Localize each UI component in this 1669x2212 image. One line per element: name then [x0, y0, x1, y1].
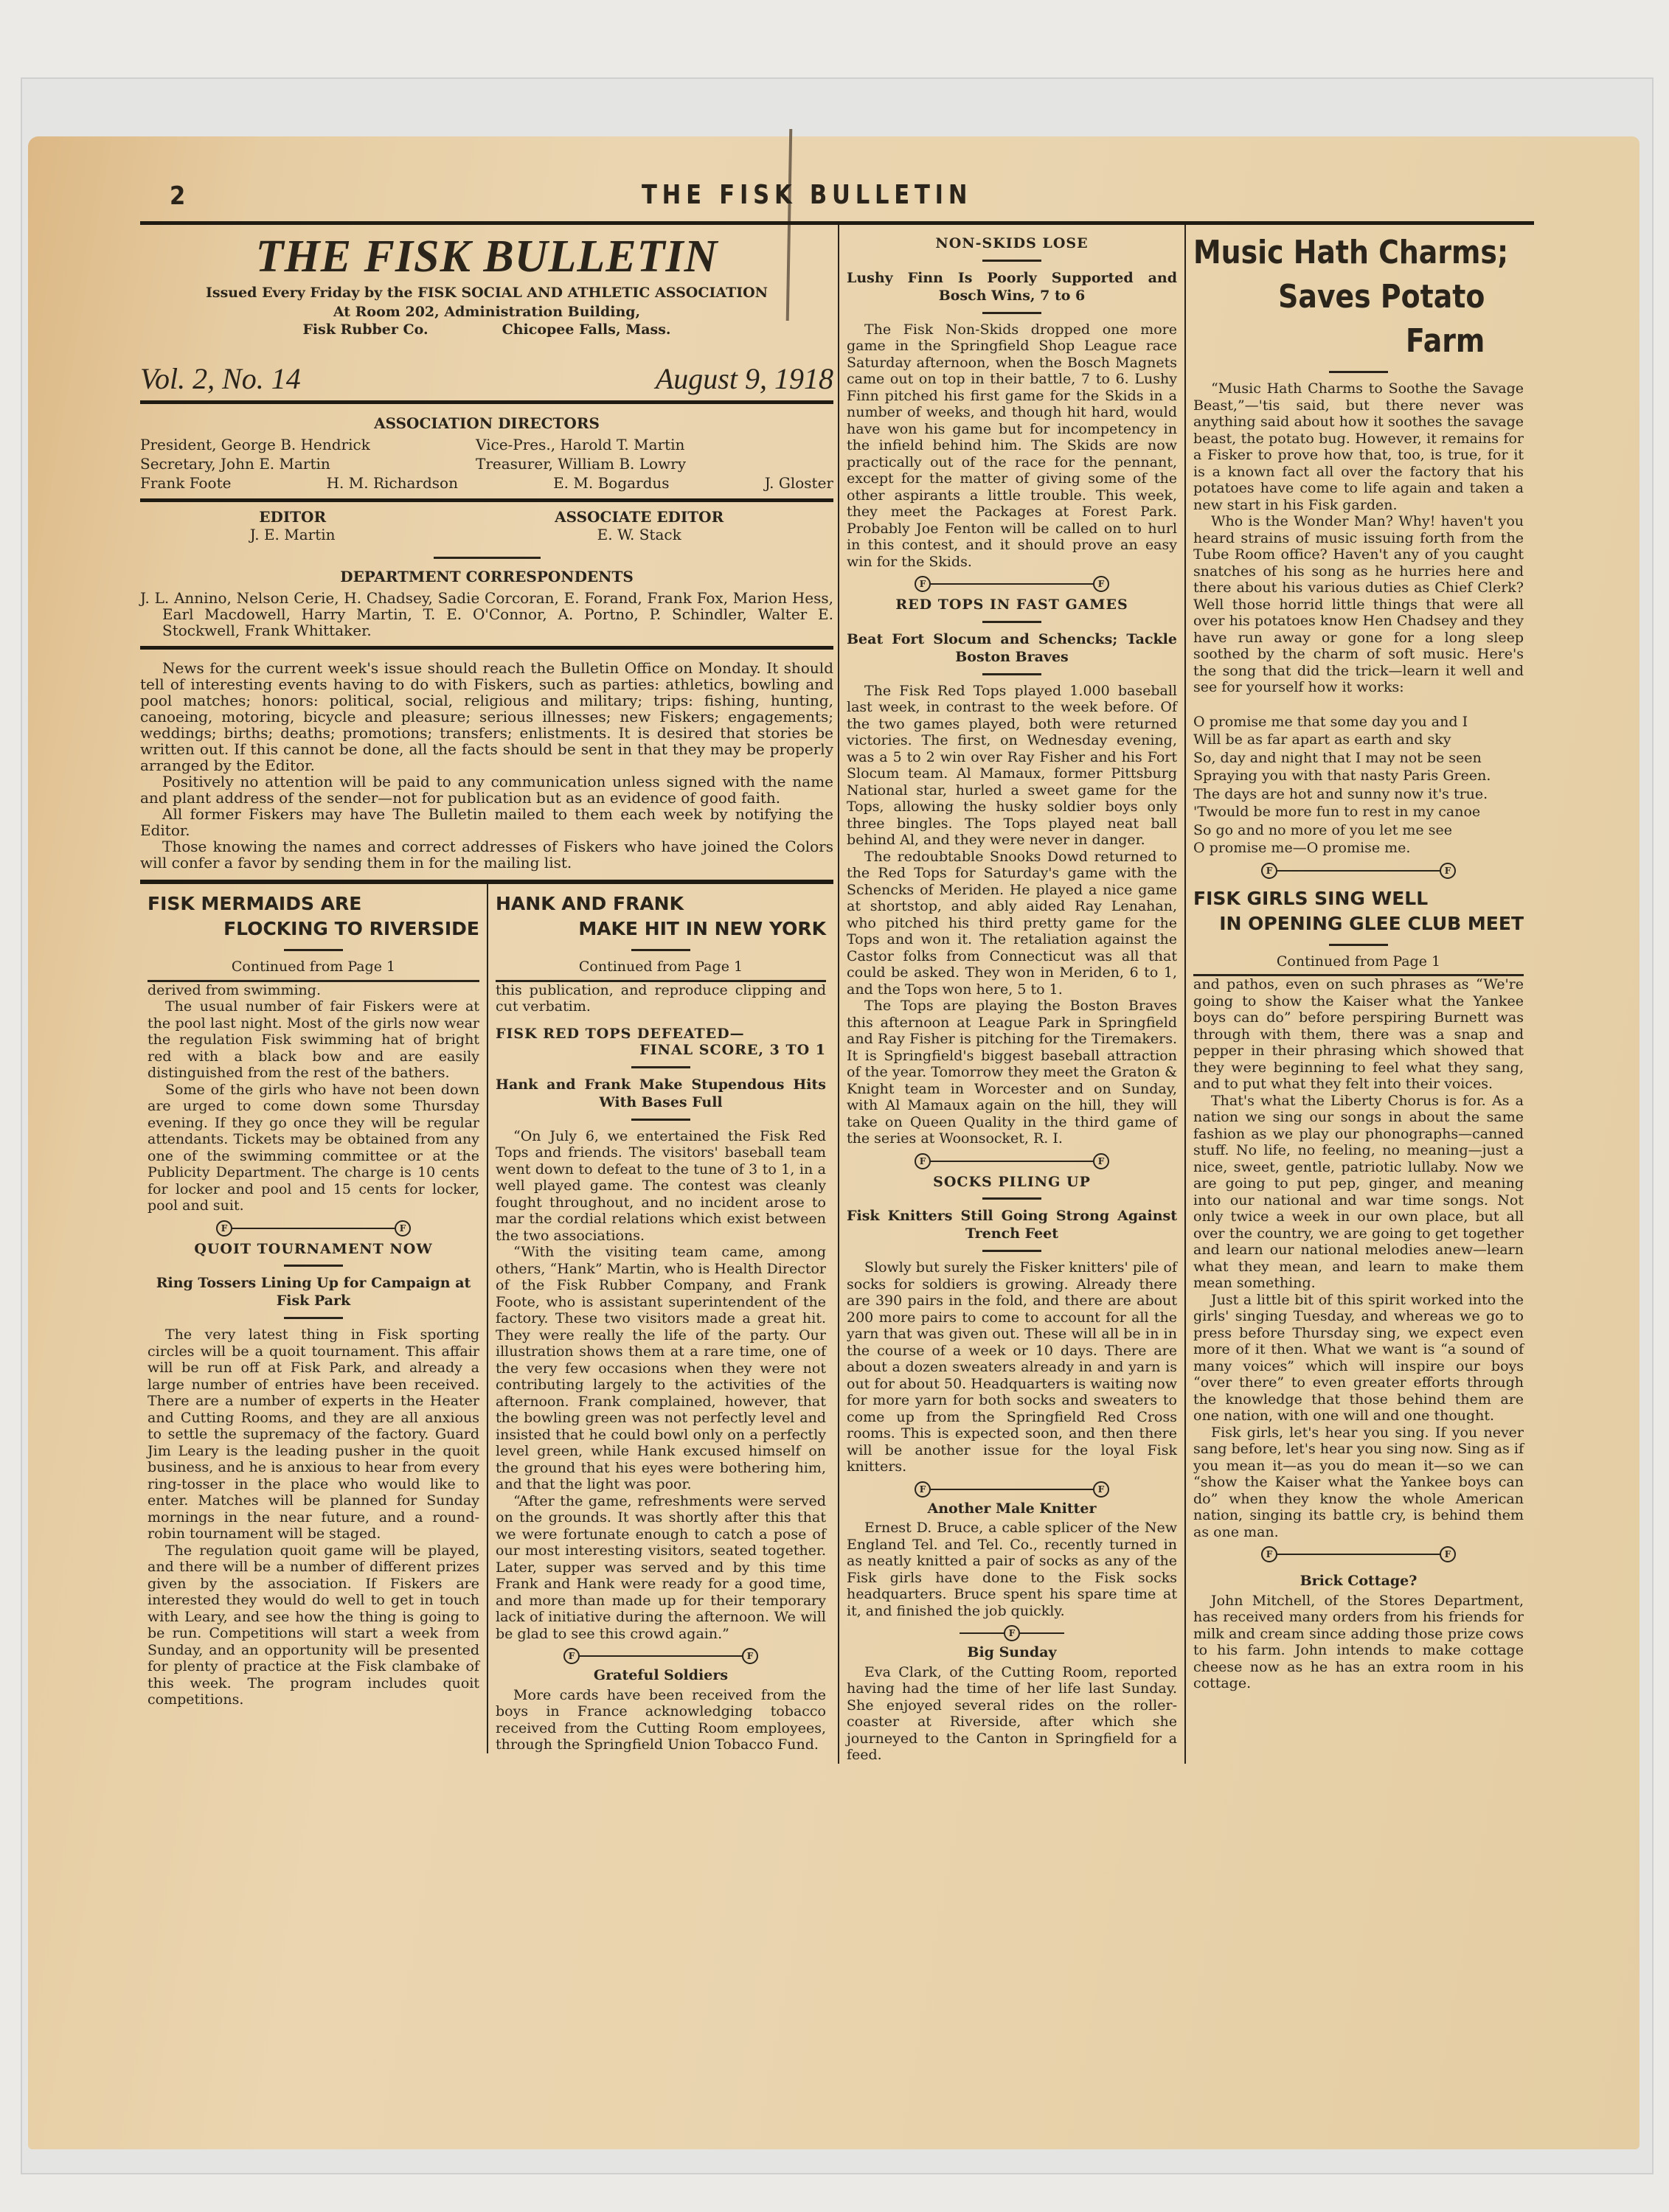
issued-line: Issued Every Friday by the FISK SOCIAL A…	[140, 283, 833, 302]
fisk-logo-icon: F	[915, 1481, 931, 1498]
left-area: THE FISK BULLETIN Issued Every Friday by…	[140, 225, 833, 1764]
rule	[631, 1119, 690, 1121]
headline-line: FISK GIRLS SING WELL	[1193, 888, 1428, 909]
editor-block: EDITOR J. E. Martin	[250, 508, 336, 543]
fisk-logo-icon: F	[1440, 863, 1456, 879]
directors-row: Secretary, John E. Martin Treasurer, Wil…	[140, 454, 833, 473]
associate-editor-block: ASSOCIATE EDITOR E. W. Stack	[555, 508, 724, 543]
paragraph: derived from swimming.	[148, 982, 479, 999]
quoit-headline: QUOIT TOURNAMENT NOW	[148, 1241, 479, 1258]
rule	[1329, 944, 1388, 946]
fisk-logo-icon: F	[915, 1153, 931, 1169]
director: H. M. Richardson	[327, 473, 458, 493]
location: Chicopee Falls, Mass.	[502, 321, 671, 338]
director: Secretary, John E. Martin	[140, 454, 476, 473]
rule	[140, 646, 833, 650]
fisk-logo-icon: F	[563, 1648, 580, 1664]
paragraph: “Music Hath Charms to Soothe the Savage …	[1193, 380, 1524, 513]
directors-list: President, George B. Hendrick Vice-Pres.…	[140, 435, 833, 493]
fisk-logo-icon: F	[1261, 1546, 1277, 1562]
continued-note: Continued from Page 1	[1193, 953, 1524, 970]
poem-line: Will be as far apart as earth and sky	[1193, 731, 1524, 748]
associate-editor-name: E. W. Stack	[597, 526, 681, 543]
headline-line: Music Hath Charms;	[1193, 234, 1508, 271]
column-4: Music Hath Charms; Saves Potato Farm “Mu…	[1184, 225, 1531, 1764]
poem-line: Spraying you with that nasty Paris Green…	[1193, 768, 1524, 785]
fisk-logo-icon: F	[395, 1220, 411, 1237]
page-number: 2	[170, 181, 185, 211]
rule	[284, 949, 343, 951]
fisk-logo-icon: F	[1261, 863, 1277, 879]
paragraph: Some of the girls who have not been down…	[148, 1082, 479, 1214]
big-sunday-headline: Big Sunday	[847, 1644, 1177, 1661]
fisk-logo-icon: F	[742, 1648, 758, 1664]
redtops-subhead: Beat Fort Slocum and Schencks; Tackle Bo…	[847, 630, 1177, 666]
paragraph: The regulation quoit game will be played…	[148, 1543, 479, 1708]
company: Fisk Rubber Co.	[302, 321, 428, 338]
f-divider: FF	[847, 1153, 1177, 1169]
poem-line: 'Twould be more fun to rest in my canoe	[1193, 804, 1524, 821]
paragraph: The usual number of fair Fiskers were at…	[148, 998, 479, 1082]
rule	[982, 673, 1041, 675]
poem-line: The days are hot and sunny now it's true…	[1193, 786, 1524, 803]
fisk-logo-icon: F	[1440, 1546, 1456, 1562]
fisk-logo-icon: F	[1093, 1481, 1109, 1498]
paragraph: “After the game, refreshments were serve…	[496, 1493, 826, 1643]
hank-frank-headline: HANK AND FRANK MAKE HIT IN NEW YORK	[496, 891, 826, 942]
column-1: FISK MERMAIDS ARE FLOCKING TO RIVERSIDE …	[140, 884, 487, 1753]
quoit-subhead: Ring Tossers Lining Up for Campaign at F…	[148, 1274, 479, 1310]
director: Vice-Pres., Harold T. Martin	[476, 435, 684, 454]
rule	[631, 1066, 690, 1068]
paragraph: “With the visiting team came, among othe…	[496, 1244, 826, 1493]
rule	[140, 400, 833, 404]
poem-line: So go and no more of you let me see	[1193, 822, 1524, 839]
poem-line: O promise me—O promise me.	[1193, 840, 1524, 857]
address-line: At Room 202, Administration Building,	[140, 302, 833, 321]
lower-columns: FISK MERMAIDS ARE FLOCKING TO RIVERSIDE …	[140, 884, 833, 1753]
nonskids-subhead: Lushy Finn Is Poorly Supported and Bosch…	[847, 269, 1177, 305]
rule	[434, 557, 541, 559]
paragraph: Ernest D. Bruce, a cable splicer of the …	[847, 1520, 1177, 1619]
directors-row: Frank Foote H. M. Richardson E. M. Bogar…	[140, 473, 833, 493]
notice-paragraph: News for the current week's issue should…	[140, 660, 833, 773]
headline-line: Saves Potato Farm	[1193, 275, 1523, 364]
director: Treasurer, William B. Lowry	[476, 454, 686, 473]
page-content: 2 THE FISK BULLETIN THE FISK BULLETIN Is…	[140, 177, 1534, 1764]
f-divider: FF	[847, 1481, 1177, 1498]
male-knitter-headline: Another Male Knitter	[847, 1500, 1177, 1517]
editor-name: J. E. Martin	[250, 526, 336, 543]
paragraph: More cards have been received from the b…	[496, 1687, 826, 1753]
editors: EDITOR J. E. Martin ASSOCIATE EDITOR E. …	[140, 502, 833, 549]
volume-number: Vol. 2, No. 14	[140, 361, 301, 396]
paragraph: The Fisk Red Tops played 1.000 baseball …	[847, 683, 1177, 849]
paragraph: The very latest thing in Fisk sporting c…	[148, 1326, 479, 1543]
headline-line: IN OPENING GLEE CLUB MEET	[1193, 911, 1524, 936]
column-3: NON-SKIDS LOSE Lushy Finn Is Poorly Supp…	[838, 225, 1184, 1764]
rule	[982, 312, 1041, 314]
rule	[982, 621, 1041, 623]
rule	[1329, 371, 1388, 373]
column-2: HANK AND FRANK MAKE HIT IN NEW YORK Cont…	[487, 884, 833, 1753]
socks-headline: SOCKS PILING UP	[847, 1174, 1177, 1191]
paragraph: Who is the Wonder Man? Why! haven't you …	[1193, 513, 1524, 696]
correspondents-list: J. L. Annino, Nelson Cerie, H. Chadsey, …	[140, 590, 833, 639]
rule	[982, 260, 1041, 262]
fisk-logo-icon: F	[1093, 1153, 1109, 1169]
fisk-logo-icon: F	[1004, 1625, 1020, 1641]
f-divider: FF	[847, 576, 1177, 592]
rule	[982, 1197, 1041, 1200]
fisk-logo-icon: F	[915, 576, 931, 592]
masthead: THE FISK BULLETIN Issued Every Friday by…	[140, 225, 833, 338]
editorial-notice: News for the current week's issue should…	[140, 660, 833, 871]
volume-line: Vol. 2, No. 14 August 9, 1918	[140, 338, 833, 400]
f-divider: FF	[1193, 863, 1524, 879]
issue-date: August 9, 1918	[656, 361, 833, 396]
music-headline: Music Hath Charms; Saves Potato Farm	[1193, 231, 1523, 364]
paragraph: The Tops are playing the Boston Braves t…	[847, 998, 1177, 1147]
paragraph: The redoubtable Snooks Dowd returned to …	[847, 849, 1177, 998]
director: Frank Foote	[140, 473, 231, 493]
continued-note: Continued from Page 1	[496, 959, 826, 975]
paragraph: Just a little bit of this spirit worked …	[1193, 1292, 1524, 1425]
paragraph: Fisk girls, let's hear you sing. If you …	[1193, 1425, 1524, 1541]
running-head: 2 THE FISK BULLETIN	[140, 177, 1534, 221]
headline-line: FISK RED TOPS DEFEATED—	[496, 1026, 745, 1042]
f-divider: FF	[496, 1648, 826, 1664]
nonskids-headline: NON-SKIDS LOSE	[847, 235, 1177, 252]
hank-frank-subhead: Hank and Frank Make Stupendous Hits With…	[496, 1076, 826, 1111]
paragraph: Eva Clark, of the Cutting Room, reported…	[847, 1664, 1177, 1764]
grateful-headline: Grateful Soldiers	[496, 1667, 826, 1684]
paragraph: That's what the Liberty Chorus is for. A…	[1193, 1093, 1524, 1292]
masthead-title: THE FISK BULLETIN	[140, 231, 833, 283]
headline-line: FINAL SCORE, 3 TO 1	[496, 1042, 826, 1059]
glee-headline: FISK GIRLS SING WELL IN OPENING GLEE CLU…	[1193, 886, 1524, 936]
correspondents-title: DEPARTMENT CORRESPONDENTS	[140, 568, 833, 585]
paragraph: The Fisk Non-Skids dropped one more game…	[847, 321, 1177, 571]
running-title: THE FISK BULLETIN	[642, 180, 972, 210]
location-line: Fisk Rubber Co. Chicopee Falls, Mass.	[140, 321, 833, 338]
director: J. Gloster	[765, 473, 833, 493]
headline-line: FLOCKING TO RIVERSIDE	[148, 917, 479, 942]
directors-title: ASSOCIATION DIRECTORS	[140, 414, 833, 432]
director: President, George B. Hendrick	[140, 435, 476, 454]
rule	[631, 949, 690, 951]
continued-note: Continued from Page 1	[148, 959, 479, 975]
notice-paragraph: All former Fiskers may have The Bulletin…	[140, 806, 833, 838]
director: E. M. Bogardus	[553, 473, 669, 493]
poem: O promise me that some day you and I Wil…	[1193, 714, 1524, 857]
f-divider: FF	[1193, 1546, 1524, 1562]
brick-headline: Brick Cottage?	[1193, 1573, 1524, 1590]
paragraph: this publication, and reproduce clipping…	[496, 982, 826, 1015]
columns: THE FISK BULLETIN Issued Every Friday by…	[140, 225, 1534, 1764]
headline-line: HANK AND FRANK	[496, 893, 684, 914]
red-tops-headline: FISK RED TOPS DEFEATED— FINAL SCORE, 3 T…	[496, 1026, 826, 1059]
headline-line: MAKE HIT IN NEW YORK	[496, 917, 826, 942]
f-divider-small: F	[847, 1625, 1177, 1641]
associate-editor-label: ASSOCIATE EDITOR	[555, 508, 724, 526]
poem-line: O promise me that some day you and I	[1193, 714, 1524, 731]
editor-label: EDITOR	[259, 508, 326, 526]
socks-subhead: Fisk Knitters Still Going Strong Against…	[847, 1207, 1177, 1242]
poem-line: So, day and night that I may not be seen	[1193, 750, 1524, 767]
fisk-logo-icon: F	[216, 1220, 232, 1237]
paragraph: John Mitchell, of the Stores Department,…	[1193, 1593, 1524, 1692]
fisk-logo-icon: F	[1093, 576, 1109, 592]
rule	[284, 1265, 343, 1267]
paragraph: Slowly but surely the Fisker knitters' p…	[847, 1259, 1177, 1475]
directors-row: President, George B. Hendrick Vice-Pres.…	[140, 435, 833, 454]
rule	[982, 1250, 1041, 1252]
rule	[284, 1317, 343, 1319]
redtops-headline: RED TOPS IN FAST GAMES	[847, 597, 1177, 613]
paragraph: and pathos, even on such phrases as “We'…	[1193, 976, 1524, 1093]
f-divider: FF	[148, 1220, 479, 1237]
paragraph: “On July 6, we entertained the Fisk Red …	[496, 1128, 826, 1245]
headline-line: FISK MERMAIDS ARE	[148, 893, 361, 914]
mermaids-headline: FISK MERMAIDS ARE FLOCKING TO RIVERSIDE	[148, 891, 479, 942]
notice-paragraph: Positively no attention will be paid to …	[140, 773, 833, 806]
notice-paragraph: Those knowing the names and correct addr…	[140, 838, 833, 871]
